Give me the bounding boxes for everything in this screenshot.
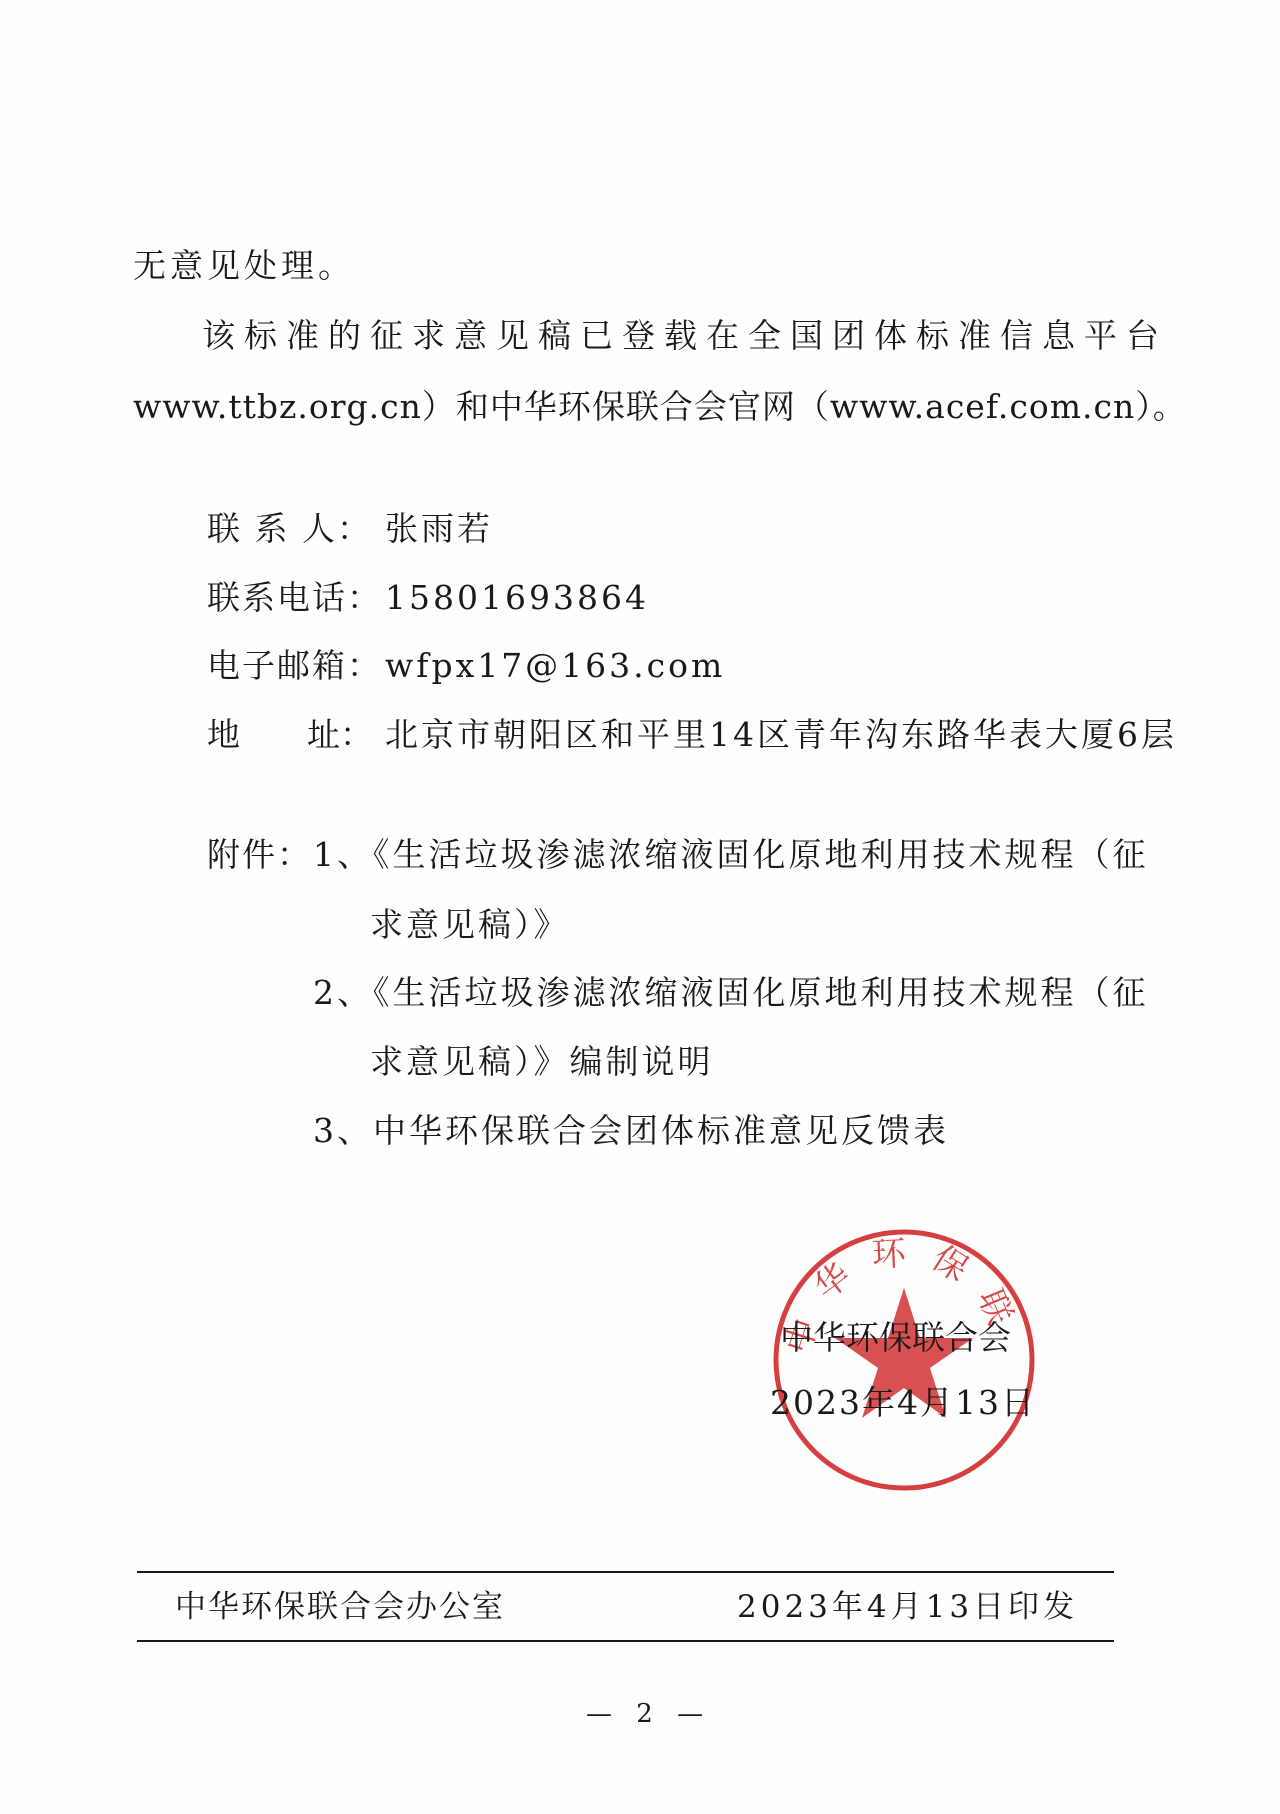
contact-person-label: 联 系 人： bbox=[207, 509, 385, 549]
attachment-1-line-1: 1、《生活垃圾渗滤浓缩液固化原地利用技术规程（征 bbox=[313, 835, 1149, 875]
signature-date: 2023年4月13日 bbox=[770, 1383, 1036, 1423]
attachment-3-line-1: 3、中华环保联合会团体标准意见反馈表 bbox=[313, 1111, 949, 1151]
body-continuation: 无意见处理。 bbox=[133, 246, 355, 286]
contact-address-row: 地 址： 北京市朝阳区和平里14区青年沟东路华表大厦6层 bbox=[207, 715, 1177, 755]
document-page: 无意见处理。 该标准的征求意见稿已登载在全国团体标准信息平台 www.ttbz.… bbox=[0, 0, 1280, 1814]
attachment-2-line-2: 求意见稿）》编制说明 bbox=[370, 1042, 714, 1082]
contact-address-value: 北京市朝阳区和平里14区青年沟东路华表大厦6层 bbox=[385, 715, 1177, 755]
contact-phone-value: 15801693864 bbox=[385, 578, 649, 618]
footer-bottom-rule bbox=[137, 1640, 1114, 1642]
contact-email-label: 电子邮箱： bbox=[207, 646, 385, 686]
contact-person-value: 张雨若 bbox=[385, 509, 493, 549]
footer-top-rule bbox=[137, 1571, 1114, 1573]
contact-address-label: 地 址： bbox=[207, 715, 373, 755]
footer-issue-date: 2023年4月13日印发 bbox=[737, 1587, 1078, 1627]
contact-phone-label: 联系电话： bbox=[207, 578, 385, 618]
address-label-part-2: 址： bbox=[307, 715, 373, 755]
contact-email-value: wfpx17@163.com bbox=[385, 646, 725, 686]
signature-organization: 中华环保联合会 bbox=[780, 1318, 1011, 1358]
contact-email-row: 电子邮箱： wfpx17@163.com bbox=[207, 646, 725, 686]
attachment-1-line-2: 求意见稿）》 bbox=[370, 905, 570, 945]
contact-phone-row: 联系电话： 15801693864 bbox=[207, 578, 649, 618]
address-label-part-1: 地 bbox=[207, 715, 240, 755]
footer-issuer: 中华环保联合会办公室 bbox=[175, 1587, 505, 1627]
body-paragraph-line-2: www.ttbz.org.cn）和中华环保联合会官网（www.acef.com.… bbox=[133, 387, 1187, 427]
attachment-2-line-1: 2、《生活垃圾渗滤浓缩液固化原地利用技术规程（征 bbox=[313, 973, 1149, 1013]
body-paragraph-line-1: 该标准的征求意见稿已登载在全国团体标准信息平台 bbox=[202, 316, 1168, 356]
page-number: — 2 — bbox=[586, 1697, 711, 1731]
contact-person-row: 联 系 人： 张雨若 bbox=[207, 509, 493, 549]
attachments-label: 附件： bbox=[207, 835, 312, 875]
official-seal-icon: 中华环保联合会 bbox=[770, 1226, 1038, 1494]
